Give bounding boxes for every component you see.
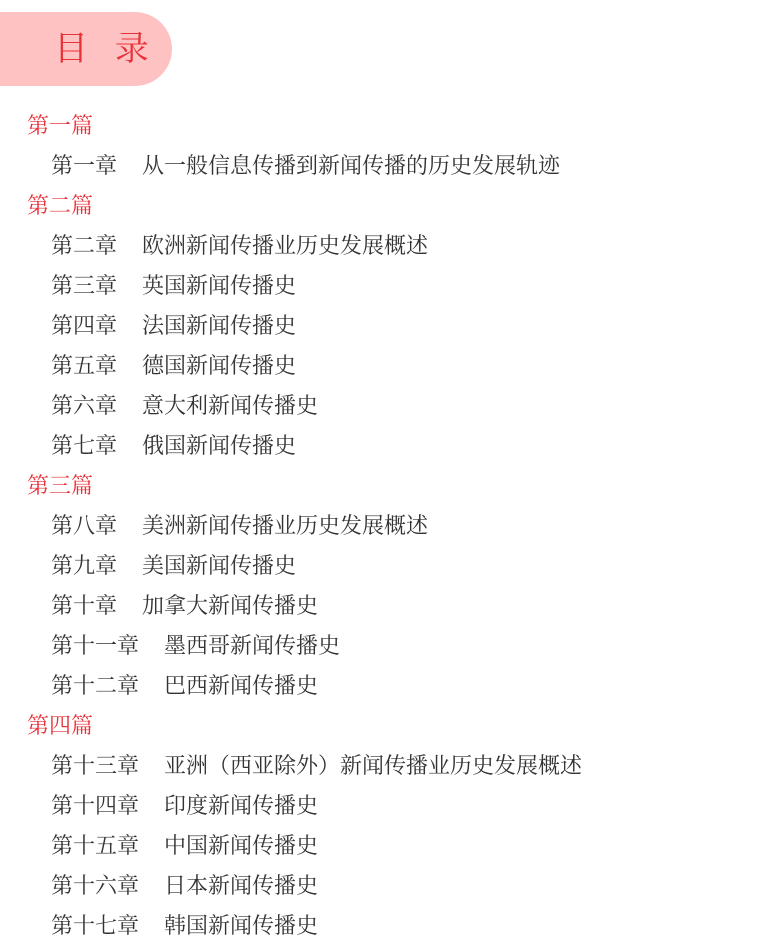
chapter-number: 第八章: [51, 507, 117, 547]
chapter-title: 欧洲新闻传播业历史发展概述: [142, 227, 428, 267]
toc-header-badge: 目 录: [0, 12, 172, 86]
chapter-number: 第十四章: [51, 787, 139, 827]
chapter-title: 亚洲（西亚除外）新闻传播业历史发展概述: [164, 747, 582, 787]
toc-part-1[interactable]: 第一篇: [0, 107, 782, 147]
chapter-title: 巴西新闻传播史: [164, 667, 318, 707]
toc-part-2[interactable]: 第二篇: [0, 187, 782, 227]
chapter-title: 英国新闻传播史: [142, 267, 296, 307]
toc-chapter-5[interactable]: 第五章德国新闻传播史: [0, 347, 782, 387]
toc-chapter-3[interactable]: 第三章英国新闻传播史: [0, 267, 782, 307]
toc-chapter-16[interactable]: 第十六章日本新闻传播史: [0, 867, 782, 907]
toc-chapter-14[interactable]: 第十四章印度新闻传播史: [0, 787, 782, 827]
chapter-number: 第五章: [51, 347, 117, 387]
chapter-number: 第十二章: [51, 667, 139, 707]
toc-chapter-8[interactable]: 第八章美洲新闻传播业历史发展概述: [0, 507, 782, 547]
chapter-title: 美洲新闻传播业历史发展概述: [142, 507, 428, 547]
chapter-title: 从一般信息传播到新闻传播的历史发展轨迹: [142, 147, 560, 187]
chapter-number: 第十章: [51, 587, 117, 627]
table-of-contents: 第一篇 第一章从一般信息传播到新闻传播的历史发展轨迹 第二篇 第二章欧洲新闻传播…: [0, 107, 782, 947]
toc-part-3[interactable]: 第三篇: [0, 467, 782, 507]
chapter-title: 意大利新闻传播史: [142, 387, 318, 427]
toc-chapter-9[interactable]: 第九章美国新闻传播史: [0, 547, 782, 587]
chapter-title: 德国新闻传播史: [142, 347, 296, 387]
chapter-number: 第二章: [51, 227, 117, 267]
toc-chapter-1[interactable]: 第一章从一般信息传播到新闻传播的历史发展轨迹: [0, 147, 782, 187]
chapter-number: 第三章: [51, 267, 117, 307]
toc-chapter-10[interactable]: 第十章加拿大新闻传播史: [0, 587, 782, 627]
part-label: 第二篇: [27, 194, 93, 219]
chapter-number: 第一章: [51, 147, 117, 187]
chapter-number: 第十七章: [51, 907, 139, 947]
chapter-title: 美国新闻传播史: [142, 547, 296, 587]
toc-chapter-6[interactable]: 第六章意大利新闻传播史: [0, 387, 782, 427]
chapter-number: 第九章: [51, 547, 117, 587]
toc-chapter-2[interactable]: 第二章欧洲新闻传播业历史发展概述: [0, 227, 782, 267]
page-title: 目 录: [54, 12, 157, 86]
toc-chapter-17[interactable]: 第十七章韩国新闻传播史: [0, 907, 782, 947]
toc-chapter-12[interactable]: 第十二章巴西新闻传播史: [0, 667, 782, 707]
part-label: 第三篇: [27, 474, 93, 499]
toc-chapter-4[interactable]: 第四章法国新闻传播史: [0, 307, 782, 347]
chapter-title: 印度新闻传播史: [164, 787, 318, 827]
chapter-title: 墨西哥新闻传播史: [164, 627, 340, 667]
chapter-title: 韩国新闻传播史: [164, 907, 318, 947]
chapter-title: 加拿大新闻传播史: [142, 587, 318, 627]
toc-chapter-11[interactable]: 第十一章墨西哥新闻传播史: [0, 627, 782, 667]
chapter-title: 俄国新闻传播史: [142, 427, 296, 467]
toc-part-4[interactable]: 第四篇: [0, 707, 782, 747]
chapter-number: 第十五章: [51, 827, 139, 867]
chapter-number: 第十一章: [51, 627, 139, 667]
toc-chapter-7[interactable]: 第七章俄国新闻传播史: [0, 427, 782, 467]
chapter-number: 第六章: [51, 387, 117, 427]
part-label: 第一篇: [27, 114, 93, 139]
chapter-title: 法国新闻传播史: [142, 307, 296, 347]
chapter-number: 第四章: [51, 307, 117, 347]
chapter-number: 第七章: [51, 427, 117, 467]
chapter-title: 中国新闻传播史: [164, 827, 318, 867]
part-label: 第四篇: [27, 714, 93, 739]
toc-chapter-13[interactable]: 第十三章亚洲（西亚除外）新闻传播业历史发展概述: [0, 747, 782, 787]
toc-chapter-15[interactable]: 第十五章中国新闻传播史: [0, 827, 782, 867]
chapter-title: 日本新闻传播史: [164, 867, 318, 907]
chapter-number: 第十六章: [51, 867, 139, 907]
chapter-number: 第十三章: [51, 747, 139, 787]
